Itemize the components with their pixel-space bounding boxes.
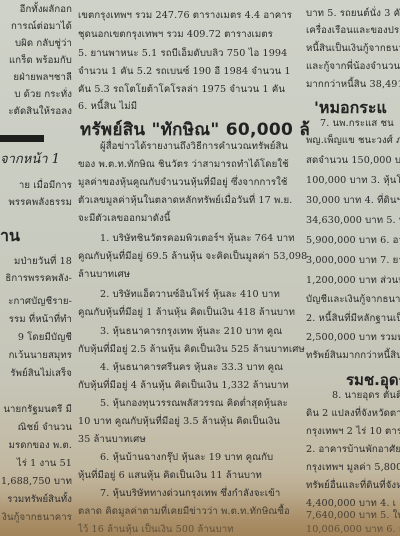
left-text-line: รวมทรัพย์สินทั้ง (7, 494, 72, 506)
body-text-line: 5. ยานพาหนะ 5.1 รถบีเอ็มดับบลิว 750 ไอ 1… (78, 48, 304, 60)
asset-item-3: กับหุ้นที่มีอยู่ 2.5 ล้านหุ้น คิดเป็นเงิ… (78, 344, 304, 356)
body-text-line: จำนวน 1 คัน 5.2 รถเบนซ์ 190 อี 1984 จำนว… (78, 66, 304, 78)
right-text-line: กรุงเทพฯ 2 ไร่ 10 ตารา (306, 426, 400, 438)
asset-item-4: 4. หุ้นธนาคารศรีนคร หุ้นละ 33.3 บาท คูณ (78, 362, 304, 374)
right-text-line: 7. นพ.กระแส ชน (320, 118, 394, 130)
right-text-line: 30,000 บาท 4. ที่ดินฯ (306, 195, 400, 207)
body-text-line: ชุดนอกเขตกรุงเทพฯ รวม 409.72 ตารางเมตร (78, 29, 304, 41)
right-text-line: หนี้สินเป็นเงินกู้จากธนาคา (306, 43, 400, 55)
right-text-line: 34,630,000 บาท 5. บ้า (306, 215, 400, 227)
left-text-line: รัพย์สินไม่เสร็จ (10, 368, 72, 380)
intro-line: ของ พ.ต.ท.ทักษิณ ชินวัตร ว่าสามารถทำได้โ… (78, 159, 304, 171)
left-text-line: าย เมื่อมีการ (19, 180, 72, 192)
left-text-line: ไร่ 1 งาน 51 (17, 458, 72, 470)
right-text-line: 2. หนี้สินที่มีหลักฐานเป็น (306, 313, 400, 325)
right-text-line: 3,000,000 บาท 7. ยา (306, 255, 400, 267)
right-text-line: ทรัพย์อื่นและที่ดินที่จังหวั (306, 480, 400, 492)
asset-item-5: 5. หุ้นกองทุนวรรณพลัสวรรณ คิดต่ำสุดหุ้นล… (78, 398, 304, 410)
right-subheading-2: รมช.อุดร (346, 368, 400, 392)
right-text-line: ทรัพย์สินมากกว่าหนี้สิน (306, 350, 400, 362)
middle-column: เขตกรุงเทพฯ รวม 247.76 ตารางเมตร 4.4 อาค… (78, 0, 310, 536)
left-text-line: ณิชย์ จำนวน (18, 422, 72, 434)
intro-line: มูลค่าของหุ้นคูณกับจำนวนหุ้นที่มีอยู่ ซึ… (78, 177, 304, 189)
asset-item-7: ไว้ 16 ล้านหุ้น เป็นเงิน 500 ล้านบาท (78, 524, 304, 536)
right-text-line: พญ.เพ็ญแข ชนะวงศ์ ภรร (306, 135, 400, 147)
right-text-line: 100,000 บาท 3. หุ้นโรง (306, 175, 400, 187)
body-text-line: คัน 5.3 รถโตโยต้าโคโรลล่า 1975 จำนวน 1 ค… (78, 84, 304, 96)
article-headline: ทรัพย์สิน "ทักษิณ" 60,000 ล้าน (80, 116, 310, 143)
intro-line: ผู้สื่อข่าวได้รายงานถึงวิธีการคำนวณทรัพย… (78, 141, 304, 153)
left-text-line: บ ด้วย กระทั่ง (14, 89, 72, 101)
intro-line: จะมีตัวเลขออกมาดังนี้ (78, 213, 304, 225)
asset-item-7: 7. หุ้นบริษัททางด่วนกรุงเทพ ซึ่งกำลังจะเ… (78, 488, 304, 500)
asset-item-1: ล้านบาทเศษ (78, 269, 304, 281)
left-text-line: การณ์ต่อมาได้ (11, 21, 72, 33)
asset-item-2: คูณกับหุ้นที่มีอยู่ 1 ล้านหุ้น คิดเป็นเง… (78, 307, 304, 319)
left-text-line: ะกาศบัญชีราย- (8, 296, 72, 308)
right-text-line: 10,006,000 บาท 6. ย (306, 524, 400, 536)
left-text-line: 9 โดยมีบัญชี (18, 332, 72, 344)
left-text-line: กเว้นนายสมุทร (9, 350, 72, 362)
left-text-line: ะตัดสินให้รอลง (8, 106, 72, 118)
left-text-line: มรดกของ พ.ต. (9, 440, 72, 452)
asset-item-1: 1. บริษัทชินวัตรคอมพิวเตอร์ฯ หุ้นละ 764 … (78, 233, 304, 245)
left-text-line: นายกรัฐมนตรี มี (3, 404, 72, 416)
asset-item-2: 2. บริษัทแอ็ดวานซ์อินโฟร์ หุ้นละ 410 บาท (78, 289, 304, 301)
left-text-line: ธิการพรรคพลัง- (5, 273, 72, 285)
section-divider-bar (0, 135, 44, 142)
right-text-line: 8. นายอุดร ตันติ (332, 390, 400, 402)
left-text-line: พรรคพลังธรรม (8, 197, 72, 209)
body-text-line: 6. หนี้สิน ไม่มี (78, 101, 304, 113)
right-text-line: และกู้จากพี่น้องจำนวน 50 (306, 61, 400, 73)
asset-item-4: กับหุ้นที่มีอยู่ 4 ล้านหุ้น คิดเป็นเงิน … (78, 380, 304, 392)
right-text-line: 1,200,000 บาท ส่วนห (306, 275, 400, 287)
asset-item-1: คูณกับหุ้นที่มีอยู่ 69.5 ล้านหุ้น จะคิดเ… (78, 251, 304, 263)
right-text-line: บาท 5. รถยนต์นั่ง 3 คัน (306, 8, 400, 20)
asset-item-6: หุ้นที่มีอยู่ 6 แสนหุ้น คิดเป็นเงิน 11 ล… (78, 470, 304, 482)
right-text-line: 2. อาคารบ้านพักอาศัย 3 (306, 444, 400, 456)
body-text-line: เขตกรุงเทพฯ รวม 247.76 ตารางเมตร 4.4 อาค… (78, 10, 304, 22)
left-text-line: 1,688,750 บาท (1, 476, 72, 488)
intro-line: ตัวเลขมูลค่าหุ้นในตลาดหลักทรัพย์เมื่อวัน… (78, 195, 304, 207)
right-text-line: กรุงเทพฯ มูลค่า 5,800 (306, 462, 400, 474)
left-text-line: แกร็ด พร้อมกับ (9, 55, 72, 67)
right-column: บาท 5. รถยนต์นั่ง 3 คัน เครื่องเรือนและข… (306, 0, 400, 536)
left-text-line: งินกู้จากธนาคาร (2, 512, 72, 524)
right-text-line: บัญชีและเงินกู้จากธนาคา (306, 294, 400, 306)
left-text-line: บผิด กลับชู่ว่า (15, 38, 72, 50)
right-text-line: ดิน 2 แปลงที่จังหวัดตาก (306, 408, 400, 420)
right-text-line: 4,400,000 บาท 4. เ (306, 498, 396, 510)
right-text-line: สดจำนวน 150,000 บา (306, 155, 400, 167)
continued-from-page-label: จากหน้า 1 (0, 148, 60, 169)
left-subheading: าน (0, 224, 20, 249)
asset-item-5: 35 ล้านบาทเศษ (78, 434, 304, 446)
left-text-line: อีกทั้งผลักอก (20, 4, 72, 16)
left-text-line: รรม ที่หน้าที่ทำ (9, 314, 72, 326)
left-text-line: ยฝ่ายพลฯชาลี (13, 72, 72, 84)
left-column: อีกทั้งผลักอก การณ์ต่อมาได้ บผิด กลับชู่… (0, 0, 72, 536)
right-text-line: เครื่องเรือนและของประดับ (306, 25, 400, 37)
right-text-line: 7,640,000 บาท 5. ใบ (306, 510, 400, 522)
right-text-line: 2,500,000 บาท รวมหนี้ (306, 332, 400, 344)
asset-item-6: 6. หุ้นบ้านฉางกรุ๊ป หุ้นละ 19 บาท คูณกับ (78, 452, 304, 464)
asset-item-3: 3. หุ้นธนาคารกรุงเทพ หุ้นละ 210 บาท คูณ (78, 326, 304, 338)
asset-item-7: ตลาด คิดมูลค่าตามที่เคยมีข่าวว่า พ.ต.ท.ท… (78, 506, 304, 518)
asset-item-5: 10 บาท คูณกับหุ้นที่มีอยู่ 3.5 ล้านหุ้น … (78, 416, 304, 428)
right-text-line: มากกว่าหนี้สิน 38,491,26 (306, 79, 400, 91)
left-text-line: มป่ายวันที่ 18 (14, 256, 72, 268)
right-text-line: 5,900,000 บาท 6. อาค (306, 235, 400, 247)
